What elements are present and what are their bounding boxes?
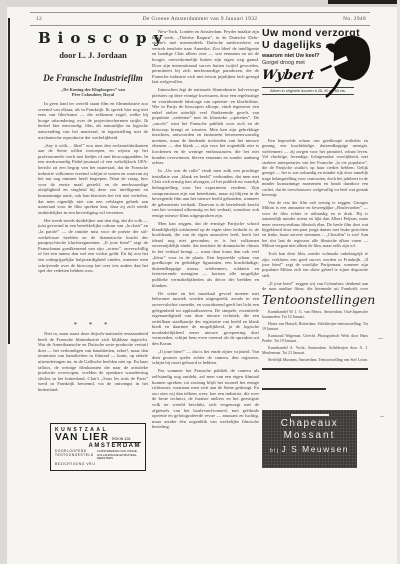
column-1-body-after: Niet in, maar naast deze drijvels-nation… bbox=[38, 331, 148, 405]
article-paragraph: Toch kan deze film, zonder volmaakt onbe… bbox=[262, 251, 368, 278]
exhibition-entry: Kunsthandel A. Vecht, Amsterdam. Schilde… bbox=[262, 346, 368, 355]
wybert-head-illustration bbox=[320, 33, 372, 104]
wybert-ad: Uw mond verzorgt U dagelijks . . . waaro… bbox=[262, 27, 368, 131]
column-1-body: In geen land ter wereld staan film en fi… bbox=[38, 101, 148, 319]
article-title: Bioscopy bbox=[38, 29, 148, 47]
article-paragraph: Een beproefde schaar van goedkoope artik… bbox=[262, 138, 368, 197]
van-lier-name: VAN LIER bbox=[55, 433, 109, 443]
exhibition-entry: Kunstzaal Wagenaar, Utrecht. Photografis… bbox=[262, 334, 368, 343]
column-3-body: Een beproefde schaar van goedkoope artik… bbox=[262, 138, 368, 290]
van-lier-bottom-text: BEZICHTIGING VRIJ bbox=[55, 462, 141, 466]
scan-smudge-top-right bbox=[328, 0, 400, 4]
header-rule-bottom bbox=[30, 25, 370, 26]
article-paragraph: „Say it with.... film!” zou men den recl… bbox=[38, 143, 148, 216]
article-paragraph: In „Un soir de rafle” vindt men zulk een… bbox=[152, 168, 259, 218]
article-paragraph: De scène en het muzikaal gevoel moeten m… bbox=[152, 291, 259, 347]
mossant-line-2: Mossant bbox=[262, 430, 357, 441]
article-paragraph: „Il joue bien!” zeggen wij van Colombier… bbox=[262, 281, 368, 290]
film-credit: „De Koning der Klaploopers” van Père Col… bbox=[38, 87, 148, 98]
scan-speck bbox=[380, 416, 384, 417]
exhibitions-list: Kunsthandel W. J. G. van Meurs, Amsterda… bbox=[262, 310, 368, 362]
mossant-decoration-bar bbox=[291, 414, 329, 416]
article-paragraph: In geen land ter wereld staan film en fi… bbox=[38, 101, 148, 140]
film-credit-line2: Père Colombier, Royal bbox=[38, 92, 148, 97]
article-paragraph: Niet in, maar naast deze drijvels-nation… bbox=[38, 331, 148, 393]
mossant-ad: Chapeaux Mossant bijJ S Meuwsen bbox=[262, 410, 357, 468]
exhibition-entry: Kunsthandel W. J. G. van Meurs, Amsterda… bbox=[262, 310, 368, 319]
mossant-line-1: Chapeaux bbox=[262, 418, 357, 429]
header-rule-top bbox=[30, 12, 370, 13]
divider-rule-short bbox=[262, 388, 326, 390]
van-lier-right-text: KUNSTWERKEN VAN JONGE HOLLANDSCHE EN BUI… bbox=[97, 450, 141, 461]
divider-rule bbox=[262, 368, 368, 370]
mossant-retailer: bijJ S Meuwsen bbox=[262, 444, 357, 454]
article-section-heading: De Fransche Industriefilm bbox=[38, 73, 148, 83]
scan-speck bbox=[378, 338, 383, 339]
article-paragraph: „Il joue bien!” — dat is het einde zijne… bbox=[152, 349, 259, 366]
article-paragraph: Pas wanneer het Fransche publiek de came… bbox=[152, 368, 259, 430]
article-paragraph: Het treedt steeds duidelijker aan den da… bbox=[38, 218, 148, 274]
column-2-body: New-York, Londen en Amsterdam. Feyder ma… bbox=[152, 29, 259, 470]
article-paragraph: Intusschen legt de nationale filmindustr… bbox=[152, 87, 259, 165]
article-byline: door L. J. Jordaan bbox=[38, 50, 148, 60]
exhibition-entry: Huize van Hasselt, Rotterdam. Schilderij… bbox=[262, 322, 368, 331]
article-paragraph: New-York, Londen en Amsterdam. Feyder ma… bbox=[152, 29, 259, 85]
mossant-prefix: bij bbox=[270, 448, 280, 454]
article-paragraph: Men kan zeggen, dat de ernstige Parijsch… bbox=[152, 221, 259, 288]
newspaper-page-scan: { "header": { "page_number": "12", "mast… bbox=[0, 0, 400, 564]
masthead: De Groene Amsterdammer van 9 Januari 193… bbox=[0, 16, 400, 22]
exhibition-entry: Stedelijk Museum, Amsterdam. Tentoonstel… bbox=[262, 358, 368, 362]
van-lier-ad: KUNSTZAAL VAN LIER ROKIN 126 AMSTERDAM D… bbox=[50, 423, 146, 471]
scan-edge-left bbox=[0, 0, 7, 564]
article-paragraph: Van de rest der film valt weinig te zegg… bbox=[262, 200, 368, 249]
issue-number: No. 2948 bbox=[343, 16, 366, 22]
scan-fold-line bbox=[8, 18, 10, 344]
head-gargling-icon bbox=[320, 33, 372, 99]
section-separator: * * * bbox=[38, 321, 148, 329]
exhibitions-heading: Tentoonstellingen bbox=[262, 292, 368, 307]
van-lier-left-text: DOORLOOPEND TENTOONGESTELD bbox=[55, 450, 94, 461]
